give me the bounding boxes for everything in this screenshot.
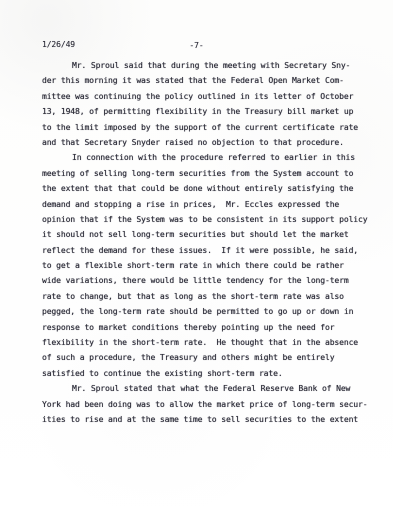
text-line: der this morning it was stated that the … bbox=[42, 73, 364, 88]
text-line: 13, 1948, of permitting flexibility in t… bbox=[42, 104, 364, 119]
text-line: Mr. Sproul stated that what the Federal … bbox=[42, 381, 364, 396]
text-line: York had been doing was to allow the mar… bbox=[42, 397, 364, 412]
document-page: 1/26/49 -7- Mr. Sproul said that during … bbox=[0, 0, 393, 512]
text-line: opinion that if the System was to be con… bbox=[42, 212, 364, 227]
text-line: of such a procedure, the Treasury and ot… bbox=[42, 350, 364, 365]
text-line: the extent that that could be done witho… bbox=[42, 181, 364, 196]
text-line: meeting of selling long-term securities … bbox=[42, 166, 364, 181]
text-line: it should not sell long-term securities … bbox=[42, 227, 364, 242]
text-line: to the limit imposed by the support of t… bbox=[42, 120, 364, 135]
text-line: and that Secretary Snyder raised no obje… bbox=[42, 135, 364, 150]
text-line: to get a flexible short-term rate in whi… bbox=[42, 258, 364, 273]
text-line: response to market conditions thereby po… bbox=[42, 320, 364, 335]
text-line: demand and stopping a rise in prices, Mr… bbox=[42, 197, 364, 212]
text-line: Mr. Sproul said that during the meeting … bbox=[42, 58, 364, 73]
page-header: 1/26/49 -7- bbox=[0, 38, 393, 52]
text-line: rate to change, but that as long as the … bbox=[42, 289, 364, 304]
text-line: flexibility in the short-term rate. He t… bbox=[42, 335, 364, 350]
text-line: reflect the demand for these issues. If … bbox=[42, 243, 364, 258]
text-line: pegged, the long-term rate should be per… bbox=[42, 304, 364, 319]
text-line: satisfied to continue the existing short… bbox=[42, 366, 364, 381]
text-line: wide variations, there would be little t… bbox=[42, 273, 364, 288]
body-text: Mr. Sproul said that during the meeting … bbox=[42, 58, 364, 427]
text-line: ities to rise and at the same time to se… bbox=[42, 412, 364, 427]
page-number: -7- bbox=[0, 41, 393, 50]
text-line: mittee was continuing the policy outline… bbox=[42, 89, 364, 104]
text-line: In connection with the procedure referre… bbox=[42, 150, 364, 165]
